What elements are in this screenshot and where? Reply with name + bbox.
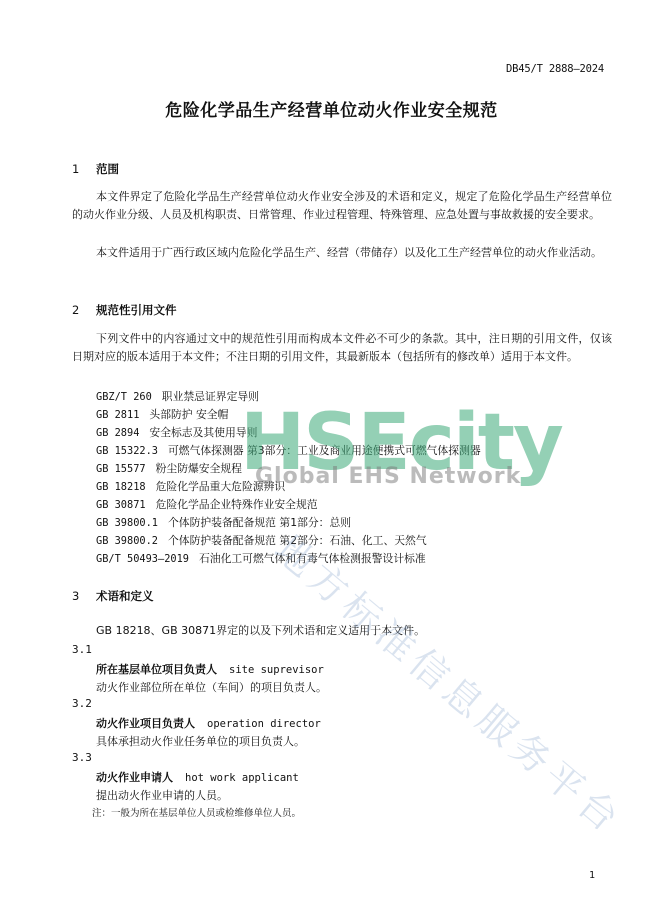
term-definition: 提出动火作业申请的人员。	[96, 787, 228, 803]
reference-code: GB 39800.1	[96, 517, 158, 529]
standard-code: DB45/T 2888—2024	[506, 63, 604, 75]
reference-item: GB 39800.1个体防护装备配备规范 第1部分：总则	[96, 515, 351, 530]
reference-code: GBZ/T 260	[96, 391, 152, 403]
section-3-paragraph-1: GB 18218、GB 30871界定的以及下列术语和定义适用于本文件。	[96, 622, 596, 640]
section-number: 1	[72, 162, 96, 176]
term-definition: 具体承担动火作业任务单位的项目负责人。	[96, 733, 305, 749]
reference-code: GB 30871	[96, 499, 146, 511]
term-number: 3.3	[72, 751, 92, 764]
term-name-zh: 动火作业项目负责人	[96, 717, 195, 730]
section-number: 3	[72, 589, 96, 603]
reference-item: GB 18218危险化学品重大危险源辨识	[96, 479, 285, 494]
term-number: 3.1	[72, 643, 92, 656]
reference-title: 粉尘防爆安全规程	[156, 462, 242, 475]
term-name: 所在基层单位项目负责人site suprevisor	[96, 661, 324, 677]
term-name-en: site suprevisor	[229, 664, 324, 676]
reference-item: GBZ/T 260职业禁忌证界定导则	[96, 389, 259, 404]
reference-item: GB 2894安全标志及其使用导则	[96, 425, 257, 440]
reference-item: GB 2811头部防护 安全帽	[96, 407, 228, 422]
section-title: 规范性引用文件	[96, 303, 177, 317]
reference-title: 可燃气体探测器 第3部分：工业及商业用途便携式可燃气体探测器	[168, 444, 481, 457]
brand-sub-watermark: Global EHS Network	[255, 464, 521, 489]
reference-title: 危险化学品企业特殊作业安全规范	[156, 498, 318, 511]
reference-code: GB 2811	[96, 409, 139, 421]
reference-title: 个体防护装备配备规范 第1部分：总则	[168, 516, 351, 529]
reference-title: 头部防护 安全帽	[149, 408, 228, 421]
reference-code: GB 39800.2	[96, 535, 158, 547]
reference-title: 职业禁忌证界定导则	[162, 390, 259, 403]
term-number: 3.2	[72, 697, 92, 710]
page-number: 1	[589, 870, 595, 881]
term-name: 动火作业申请人hot work applicant	[96, 769, 299, 785]
reference-title: 危险化学品重大危险源辨识	[156, 480, 286, 493]
reference-code: GB 15322.3	[96, 445, 158, 457]
document-page: DB45/T 2888—2024 危险化学品生产经营单位动火作业安全规范 1范围…	[0, 0, 663, 901]
reference-item: GB 15322.3可燃气体探测器 第3部分：工业及商业用途便携式可燃气体探测器	[96, 443, 481, 458]
term-name-zh: 动火作业申请人	[96, 771, 173, 784]
reference-title: 石油化工可燃气体和有毒气体检测报警设计标准	[199, 552, 426, 565]
section-1-paragraph-2: 本文件适用于广西行政区域内危险化学品生产、经营（带储存）以及化工生产经营单位的动…	[72, 244, 612, 262]
reference-item: GB 39800.2个体防护装备配备规范 第2部分：石油、化工、天然气	[96, 533, 427, 548]
reference-item: GB/T 50493—2019石油化工可燃气体和有毒气体检测报警设计标准	[96, 551, 426, 566]
reference-item: GB 15577粉尘防爆安全规程	[96, 461, 242, 476]
section-1-paragraph-1: 本文件界定了危险化学品生产经营单位动火作业安全涉及的术语和定义，规定了危险化学品…	[72, 188, 612, 224]
reference-code: GB 2894	[96, 427, 139, 439]
section-2-heading: 2规范性引用文件	[72, 302, 177, 318]
term-name-en: hot work applicant	[185, 772, 299, 784]
reference-title: 安全标志及其使用导则	[149, 426, 257, 439]
term-note: 注：一般为所在基层单位人员或检维修单位人员。	[92, 805, 301, 819]
reference-code: GB/T 50493—2019	[96, 553, 189, 565]
reference-code: GB 15577	[96, 463, 146, 475]
section-1-heading: 1范围	[72, 161, 119, 177]
term-definition: 动火作业部位所在单位（车间）的项目负责人。	[96, 679, 327, 695]
reference-title: 个体防护装备配备规范 第2部分：石油、化工、天然气	[168, 534, 427, 547]
section-title: 范围	[96, 162, 119, 176]
reference-item: GB 30871危险化学品企业特殊作业安全规范	[96, 497, 318, 512]
section-number: 2	[72, 303, 96, 317]
section-title: 术语和定义	[96, 589, 154, 603]
document-title: 危险化学品生产经营单位动火作业安全规范	[0, 96, 663, 121]
term-name: 动火作业项目负责人operation director	[96, 715, 321, 731]
term-name-zh: 所在基层单位项目负责人	[96, 663, 217, 676]
term-name-en: operation director	[207, 718, 321, 730]
section-3-heading: 3术语和定义	[72, 588, 154, 604]
section-2-paragraph-1: 下列文件中的内容通过文中的规范性引用而构成本文件必不可少的条款。其中，注日期的引…	[72, 330, 612, 366]
reference-code: GB 18218	[96, 481, 146, 493]
